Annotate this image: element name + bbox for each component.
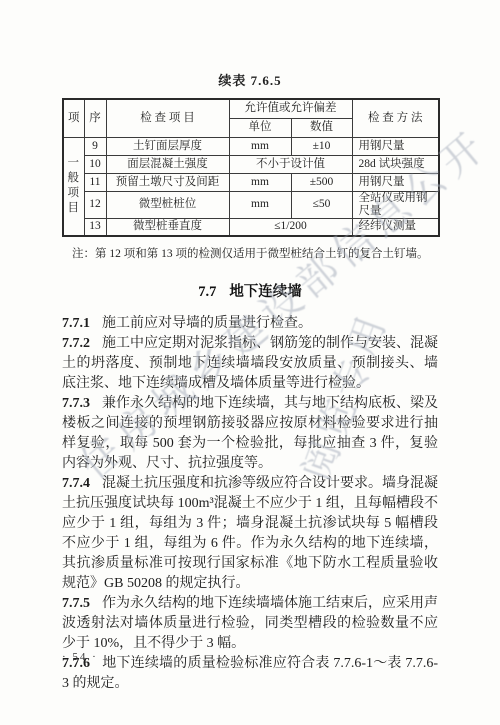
table-row: 10 面层混凝土强度 不小于设计值 28d 试块强度	[63, 155, 439, 173]
table-row: 13 微型桩垂直度 ≤1/200 经纬仪测量	[63, 218, 439, 236]
col-header-unit: 单位	[229, 118, 291, 137]
clause: 7.7.5作为永久结构的地下连续墙墙体施工结束后，应采用声波透射法对墙体质量进行…	[62, 594, 438, 654]
cell-unit: mm	[229, 173, 291, 191]
cell-method: 用钢尺量	[352, 137, 439, 155]
clause-number: 7.7.1	[62, 316, 90, 331]
clause-text: 施工前应对导墙的质量进行检查。	[102, 316, 312, 331]
cell-seq: 12	[84, 191, 106, 218]
cell-unit: mm	[229, 137, 291, 155]
table-note: 注：第 12 项和第 13 项的检测仅适用于微型桩结合土钉的复合土钉墙。	[72, 245, 438, 261]
clauses: 7.7.1施工前应对导墙的质量进行检查。 7.7.2施工中应定期对泥浆指标、钢筋…	[62, 314, 438, 694]
table-title: 续表 7.6.5	[62, 70, 438, 89]
cell-name: 预留土墩尺寸及间距	[106, 173, 229, 191]
clause: 7.7.2施工中应定期对泥浆指标、钢筋笼的制作与安装、混凝土的坍落度、预制地下连…	[62, 334, 438, 394]
cell-unit: mm	[229, 191, 291, 218]
clause-number: 7.7.4	[62, 476, 90, 491]
cell-name: 土钉面层厚度	[106, 137, 229, 155]
clause-text: 兼作永久结构的地下连续墙，其与地下结构底板、梁及楼板之间连接的预埋钢筋接驳器应按…	[62, 396, 438, 471]
page-number: · 54 ·	[62, 651, 98, 663]
col-header-method: 检 查 方 法	[352, 99, 439, 137]
section-title: 地下连续墙	[229, 284, 302, 300]
cell-name: 微型桩垂直度	[106, 218, 229, 236]
row-group-label: 一般项目	[63, 137, 84, 236]
clause-number: 7.7.5	[62, 596, 90, 611]
cell-method: 经纬仪测量	[352, 218, 439, 236]
cell-value: ±10	[291, 137, 352, 155]
clause-text: 混凝土抗压强度和抗渗等级应符合设计要求。墙身混凝土抗压强度试块每 100m³混凝…	[62, 476, 438, 591]
col-header-name: 检 查 项 目	[106, 99, 229, 137]
clause-text: 施工中应定期对泥浆指标、钢筋笼的制作与安装、混凝土的坍落度、预制地下连续墙墙段安…	[62, 336, 438, 391]
col-header-item: 项	[63, 99, 84, 137]
clause-text: 作为永久结构的地下连续墙墙体施工结束后，应采用声波透射法对墙体质量进行检验，同类…	[62, 596, 438, 651]
cell-name: 面层混凝土强度	[106, 155, 229, 173]
clause-number: 7.7.2	[62, 336, 90, 351]
col-header-allowance: 允许值或允许偏差	[229, 99, 352, 118]
cell-method: 全站仪或用钢尺量	[352, 191, 439, 218]
cell-merged-value: ≤1/200	[229, 218, 352, 236]
table-row: 11 预留土墩尺寸及间距 mm ±500 用钢尺量	[63, 173, 439, 191]
page-content: 续表 7.6.5 项 序 检 查 项 目 允许值或允许偏差 检 查 方 法 单位…	[62, 70, 438, 694]
cell-value: ≤50	[291, 191, 352, 218]
table-row: 12 微型桩桩位 mm ≤50 全站仪或用钢尺量	[63, 191, 439, 218]
cell-method: 用钢尺量	[352, 173, 439, 191]
clause: 7.7.1施工前应对导墙的质量进行检查。	[62, 314, 438, 334]
cell-name: 微型桩桩位	[106, 191, 229, 218]
col-header-seq: 序	[84, 99, 106, 137]
cell-seq: 10	[84, 155, 106, 173]
inspection-table: 项 序 检 查 项 目 允许值或允许偏差 检 查 方 法 单位 数值 一般项目 …	[62, 98, 440, 237]
cell-merged-value: 不小于设计值	[229, 155, 352, 173]
clause-number: 7.7.3	[62, 396, 90, 411]
table-header-row: 项 序 检 查 项 目 允许值或允许偏差 检 查 方 法	[63, 99, 439, 118]
cell-seq: 13	[84, 218, 106, 236]
cell-method: 28d 试块强度	[352, 155, 439, 173]
clause: 7.7.4混凝土抗压强度和抗渗等级应符合设计要求。墙身混凝土抗压强度试块每 10…	[62, 474, 438, 594]
clause-text: 地下连续墙的质量检验标准应符合表 7.7.6-1～表 7.7.6-3 的规定。	[62, 656, 438, 691]
document-page: 住房城乡建设部信息公开 阅览专用 续表 7.6.5 项 序 检 查 项 目 允许…	[0, 0, 500, 725]
section-number: 7.7	[198, 284, 216, 300]
clause: 7.7.3兼作永久结构的地下连续墙，其与地下结构底板、梁及楼板之间连接的预埋钢筋…	[62, 394, 438, 474]
col-header-value: 数值	[291, 118, 352, 137]
section-heading: 7.7地下连续墙	[62, 280, 438, 301]
table-row: 一般项目 9 土钉面层厚度 mm ±10 用钢尺量	[63, 137, 439, 155]
clause: 7.7.6地下连续墙的质量检验标准应符合表 7.7.6-1～表 7.7.6-3 …	[62, 654, 438, 694]
cell-value: ±500	[291, 173, 352, 191]
cell-seq: 11	[84, 173, 106, 191]
cell-seq: 9	[84, 137, 106, 155]
